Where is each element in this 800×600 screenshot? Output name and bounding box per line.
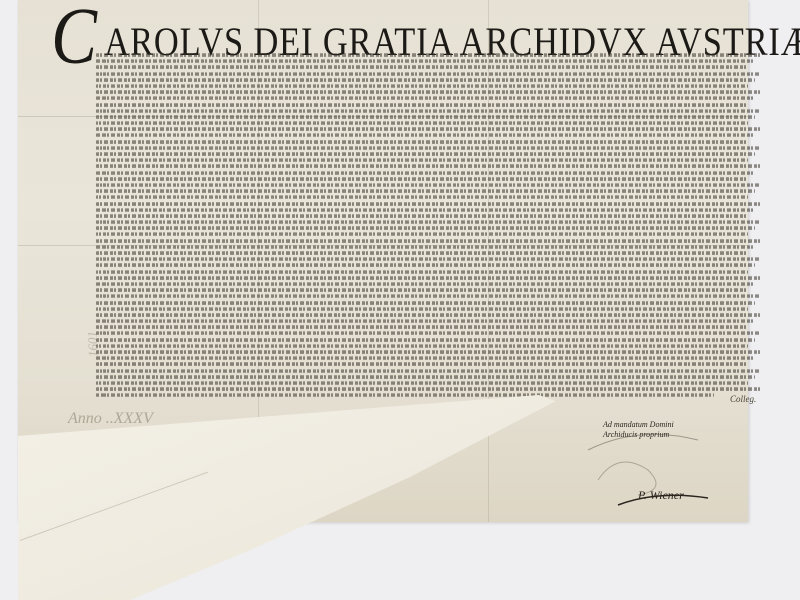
- text-line: [96, 307, 748, 311]
- text-line: [96, 171, 755, 175]
- text-line: [96, 375, 755, 379]
- text-line: [96, 251, 748, 255]
- text-line: [96, 369, 761, 373]
- text-line: [96, 264, 755, 268]
- text-line: [96, 59, 755, 63]
- text-line: [96, 183, 761, 187]
- text-line: [96, 115, 755, 119]
- text-line: [96, 90, 761, 94]
- text-line: [96, 97, 755, 101]
- text-line: [96, 165, 761, 169]
- text-line: [96, 158, 748, 162]
- document-heading: C AROLVS DEI GRATIA ARCHIDVX AVSTRIÆ DVX…: [70, 6, 800, 53]
- text-line: [96, 332, 761, 336]
- text-line: [96, 381, 748, 385]
- text-line: [96, 177, 748, 181]
- text-line: [96, 78, 755, 82]
- margin-note: 1601: [85, 331, 102, 358]
- text-line: [96, 214, 748, 218]
- text-line: [96, 202, 761, 206]
- text-line: [96, 53, 761, 57]
- right-signature: P. Wiener: [638, 488, 684, 503]
- text-line: [96, 226, 755, 230]
- text-line: [96, 257, 761, 261]
- text-line: [96, 338, 755, 342]
- text-line: [96, 189, 755, 193]
- text-line: [96, 66, 748, 70]
- text-line: [96, 121, 748, 125]
- text-line: [96, 103, 748, 107]
- text-line: [96, 319, 755, 323]
- text-line: [96, 233, 748, 237]
- text-line: [96, 276, 761, 280]
- text-line: [96, 72, 761, 76]
- text-line: [96, 134, 755, 138]
- text-line: [96, 140, 748, 144]
- text-line: [96, 288, 748, 292]
- text-line: [96, 387, 761, 391]
- text-line: [96, 313, 761, 317]
- text-line: [96, 394, 714, 398]
- text-line: [96, 363, 748, 367]
- text-line: [96, 245, 755, 249]
- text-line: [96, 84, 748, 88]
- text-line: [96, 282, 755, 286]
- text-line: [96, 350, 761, 354]
- text-line: [96, 301, 755, 305]
- text-line: [96, 344, 748, 348]
- edge-mark: Colleg.: [730, 394, 756, 404]
- body-text: [96, 52, 768, 407]
- text-line: [96, 146, 761, 150]
- text-line: [96, 295, 761, 299]
- text-line: [96, 109, 761, 113]
- text-line: [96, 220, 761, 224]
- text-line: [96, 127, 761, 131]
- text-line: [96, 208, 755, 212]
- endorsement-text: Anno ..XXXV: [68, 410, 153, 428]
- initial-letter: C: [51, 0, 98, 83]
- text-line: [96, 270, 748, 274]
- text-line: [96, 239, 761, 243]
- text-line: [96, 152, 755, 156]
- text-line: [96, 356, 755, 360]
- text-line: [96, 325, 748, 329]
- text-line: [96, 196, 748, 200]
